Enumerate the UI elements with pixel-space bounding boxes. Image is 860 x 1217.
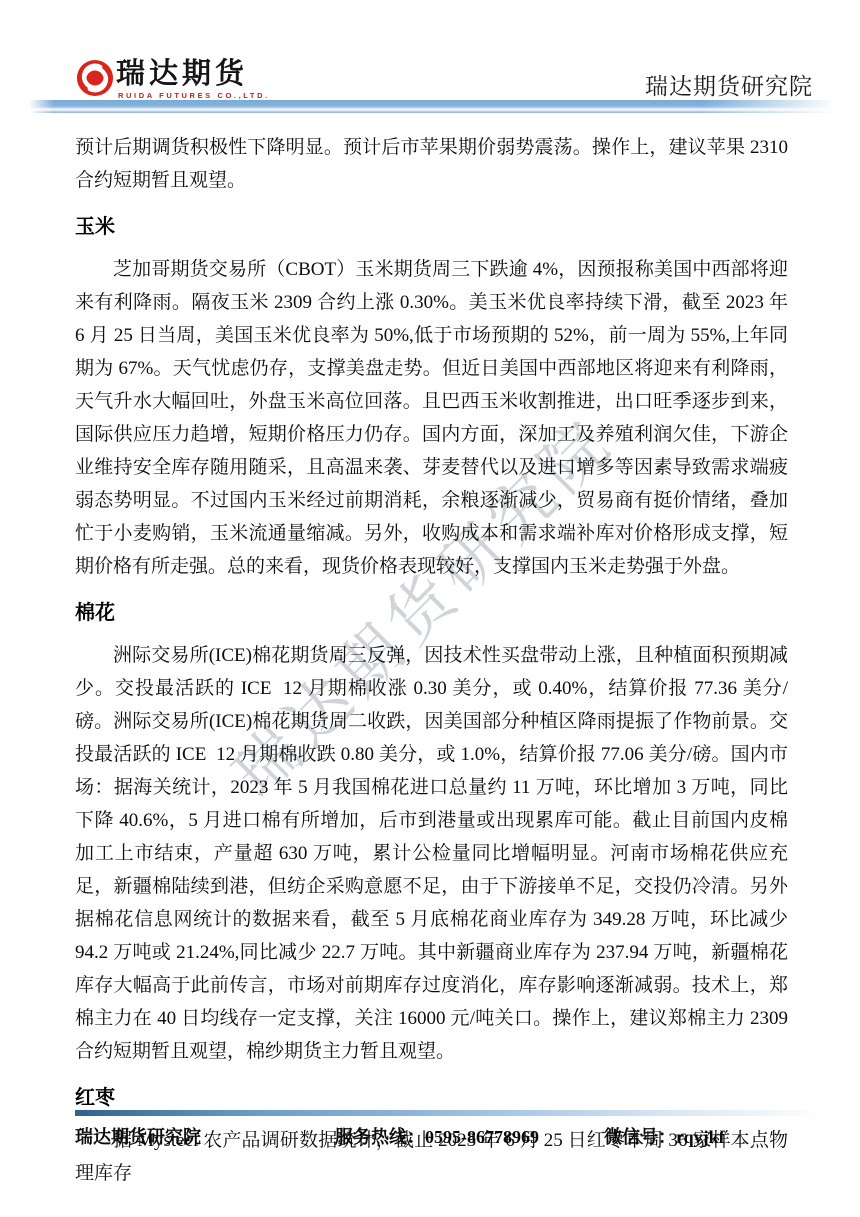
header-divider-bar (30, 100, 831, 113)
report-body: 预计后期调货积极性下降明显。预计后市苹果期价弱势震荡。操作上，建议苹果 2310… (75, 131, 788, 1190)
section-paragraph: 芝加哥期货交易所（CBOT）玉米期货周三下跌逾 4%，因预报称美国中西部将迎来有… (75, 253, 788, 583)
ruida-logo-icon (76, 59, 114, 97)
header-title: 瑞达期货研究院 (645, 68, 813, 101)
footer-hotline-label: 服务热线： (335, 1127, 425, 1147)
footer-divider-bar (75, 1110, 823, 1116)
footer-hotline: 服务热线：0595-86778969 (335, 1124, 539, 1150)
section-paragraph: 洲际交易所(ICE)棉花期货周三反弹，因技术性买盘带动上涨，且种植面积预期减少。… (75, 639, 788, 1068)
intro-paragraph: 预计后期调货积极性下降明显。预计后市苹果期价弱势震荡。操作上，建议苹果 2310… (75, 131, 788, 197)
page-footer: 瑞达期货研究院 服务热线：0595-86778969 微信号：rqyjkf (0, 1124, 860, 1150)
footer-wechat-id: rqyjkf (676, 1127, 725, 1147)
footer-org-name: 瑞达期货研究院 (75, 1124, 201, 1150)
footer-wechat-label: 微信号： (604, 1127, 676, 1147)
footer-wechat: 微信号：rqyjkf (604, 1124, 725, 1150)
sections-container: 玉米芝加哥期货交易所（CBOT）玉米期货周三下跌逾 4%，因预报称美国中西部将迎… (75, 211, 788, 1190)
brand-name-cn: 瑞达期货 (116, 58, 248, 90)
section-heading-2: 棉花 (75, 597, 788, 630)
footer-hotline-number: 0595-86778969 (425, 1127, 539, 1147)
brand-name-en: RUIDA FUTURES CO.,LTD. (118, 91, 270, 100)
report-page: 瑞达期货 RUIDA FUTURES CO.,LTD. 瑞达期货研究院 瑞达期货… (0, 0, 860, 1217)
section-heading-1: 玉米 (75, 211, 788, 244)
